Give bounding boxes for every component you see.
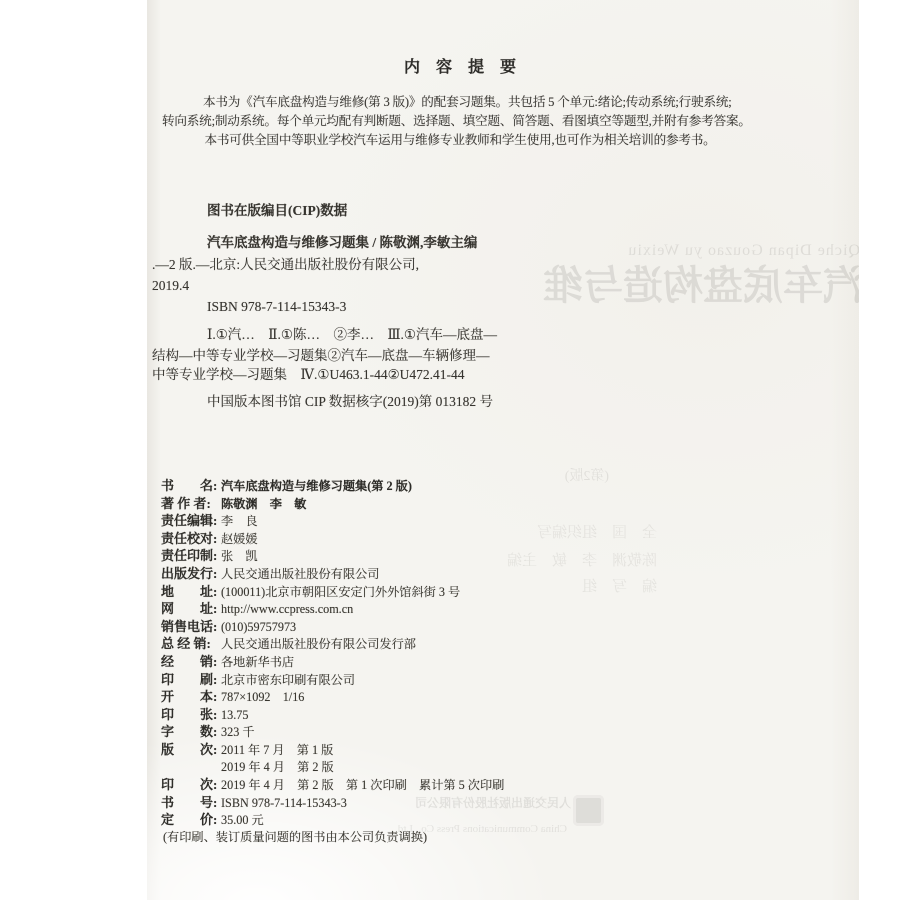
colophon-section: 书 名:汽车底盘构造与维修习题集(第 2 版) 著 作 者:陈敬渊 李 敏 责任… [161,477,801,846]
colophon-value: 人民交通出版社股份有限公司发行部 [221,637,416,651]
colophon-label: 出版发行: [161,565,221,583]
cip-line: 中等专业学校—习题集 Ⅳ.①U463.1-44②U472.41-44 [152,367,465,384]
colophon-label: 字 数: [161,723,221,741]
colophon-value: 35.00 元 [221,813,264,827]
colophon-row: 地 址:(100011)北京市朝阳区安定门外外馆斜街 3 号 [161,583,801,601]
colophon-value: 各地新华书店 [221,655,294,669]
colophon-label: 责任校对: [161,530,221,548]
colophon-label: 著 作 者: [161,495,221,513]
colophon-label: 版 次: [161,741,221,759]
colophon-value: 2011 年 7 月 第 1 版 [221,743,333,757]
cip-line: 中国版本图书馆 CIP 数据核字(2019)第 013182 号 [207,394,493,411]
scan-background: Qiche Dipan Gouzao yu Weixiu 汽车底盘构造与维修习题… [0,0,900,900]
colophon-row: 经 销:各地新华书店 [161,653,801,671]
content-summary-line: 本书为《汽车底盘构造与维修(第 3 版)》的配套习题集。共包括 5 个单元:绪论… [203,95,732,111]
colophon-row: 出版发行:人民交通出版社股份有限公司 [161,565,801,583]
colophon-value: 323 千 [221,725,255,739]
colophon-value: 赵媛媛 [221,532,258,546]
cip-line: 2019.4 [152,278,189,295]
colophon-value: 北京市密东印刷有限公司 [221,673,355,687]
colophon-value: 陈敬渊 李 敏 [221,497,306,511]
colophon-row: 销售电话:(010)59757973 [161,618,801,636]
colophon-value: 李 良 [221,514,258,528]
colophon-value: 2019 年 4 月 第 2 版 [221,760,334,774]
colophon-row: 印 张:13.75 [161,706,801,724]
cip-line: .—2 版.—北京:人民交通出版社股份有限公司, [152,257,419,274]
cip-line: Ⅰ.①汽… Ⅱ.①陈… ②李… Ⅲ.①汽车—底盘— [207,327,497,344]
colophon-label: 网 址: [161,600,221,618]
colophon-value: 张 凯 [221,549,258,563]
colophon-label: 责任编辑: [161,512,221,530]
colophon-row: 网 址:http://www.ccpress.com.cn [161,600,801,618]
colophon-value: (100011)北京市朝阳区安定门外外馆斜街 3 号 [221,585,460,599]
colophon-value: http://www.ccpress.com.cn [221,602,353,616]
colophon-value: 787×1092 1/16 [221,690,304,704]
colophon-row: 版 次:2011 年 7 月 第 1 版 [161,741,801,759]
colophon-label: 开 本: [161,688,221,706]
colophon-row: 书 名:汽车底盘构造与维修习题集(第 2 版) [161,477,801,495]
colophon-label: 经 销: [161,653,221,671]
cip-line: 结构—中等专业学校—习题集②汽车—底盘—车辆修理— [152,348,490,365]
cip-heading: 图书在版编目(CIP)数据 [207,203,347,220]
colophon-row: 著 作 者:陈敬渊 李 敏 [161,495,801,513]
colophon-label: 销售电话: [161,618,221,636]
colophon-label: 总 经 销: [161,635,221,653]
colophon-row: 总 经 销:人民交通出版社股份有限公司发行部 [161,635,801,653]
colophon-value: (010)59757973 [221,620,296,634]
colophon-label: 责任印制: [161,547,221,565]
colophon-row: 印 次:2019 年 4 月 第 2 版 第 1 次印刷 累计第 5 次印刷 [161,776,801,794]
colophon-value: 13.75 [221,708,248,722]
colophon-label: 地 址: [161,583,221,601]
colophon-row: 书 号:ISBN 978-7-114-15343-3 [161,794,801,812]
colophon-label: 定 价: [161,811,221,829]
colophon-row: 字 数:323 千 [161,723,801,741]
colophon-row: 责任印制:张 凯 [161,547,801,565]
colophon-label: 书 名: [161,477,221,495]
colophon-row: 责任编辑:李 良 [161,512,801,530]
colophon-value: 人民交通出版社股份有限公司 [221,567,379,581]
cip-line: ISBN 978-7-114-15343-3 [207,299,346,316]
bleedthrough-main-title: 汽车底盘构造与维修习题集 [543,261,859,311]
content-summary-line: 本书可供全国中等职业学校汽车运用与维修专业教师和学生使用,也可作为相关培训的参考… [162,133,758,149]
colophon-value: 汽车底盘构造与维修习题集(第 2 版) [221,479,412,493]
bleedthrough-pinyin-title: Qiche Dipan Gouzao yu Weixiu [595,241,859,261]
book-page: Qiche Dipan Gouzao yu Weixiu 汽车底盘构造与维修习题… [147,0,859,900]
colophon-label: 印 次: [161,776,221,794]
colophon-row: 开 本:787×1092 1/16 [161,688,801,706]
colophon-label: 印 张: [161,706,221,724]
content-summary-title: 内 容 提 要 [162,58,758,78]
colophon-row: 责任校对:赵媛媛 [161,530,801,548]
colophon-label: 书 号: [161,794,221,812]
colophon-value: ISBN 978-7-114-15343-3 [221,796,347,810]
colophon-row: 定 价:35.00 元 [161,811,801,829]
colophon-label: 印 刷: [161,671,221,689]
colophon-row: 2019 年 4 月 第 2 版 [161,759,801,777]
cip-line: 汽车底盘构造与维修习题集 / 陈敬渊,李敏主编 [207,235,477,252]
colophon-value: 2019 年 4 月 第 2 版 第 1 次印刷 累计第 5 次印刷 [221,778,504,792]
content-summary-line: 转向系统;制动系统。每个单元均配有判断题、选择题、填空题、简答题、看图填空等题型… [162,114,751,130]
colophon-note: (有印刷、装订质量问题的图书由本公司负责调换) [161,829,801,847]
colophon-row: 印 刷:北京市密东印刷有限公司 [161,671,801,689]
